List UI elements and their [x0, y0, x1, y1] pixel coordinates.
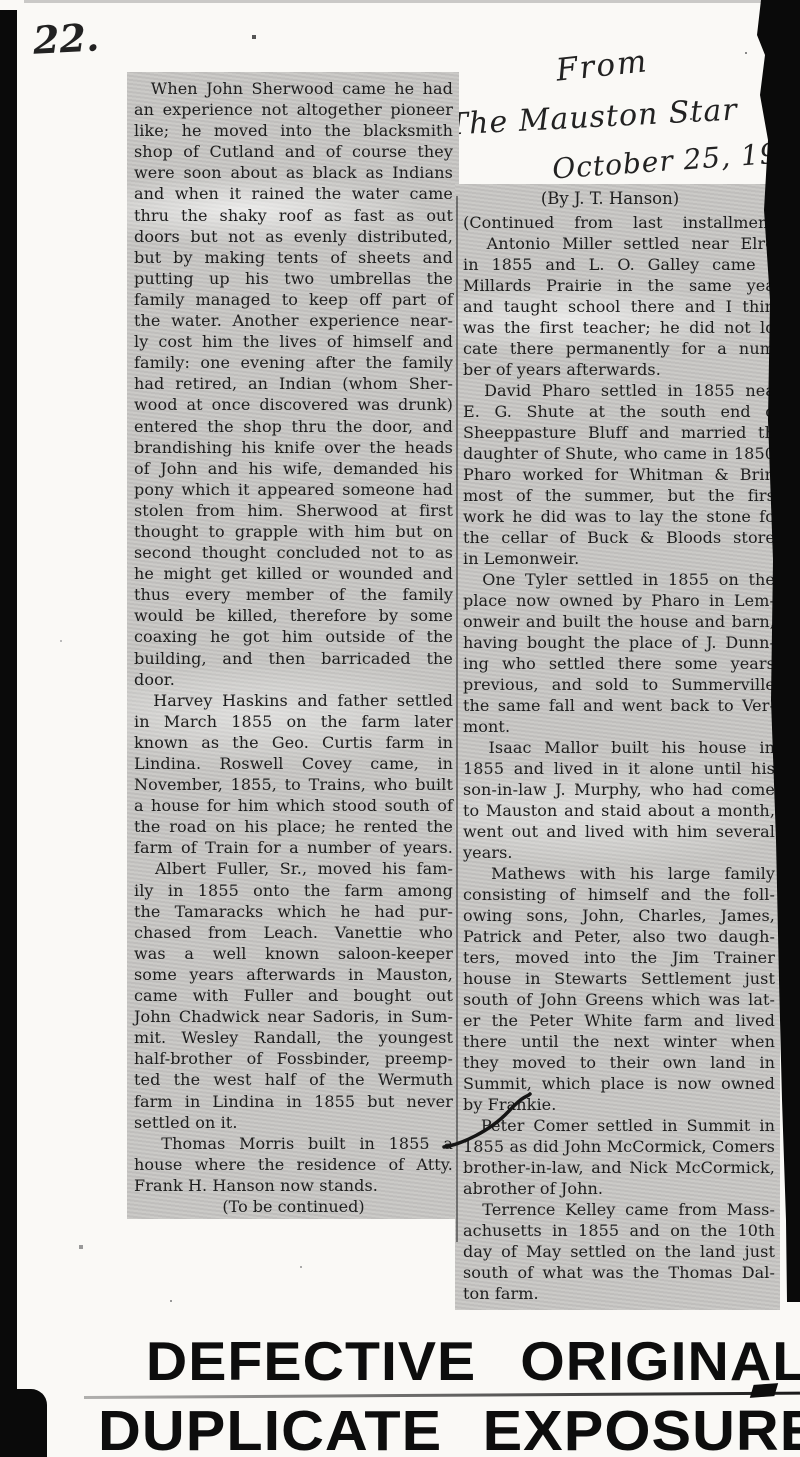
- newsprint-line: the Tamaracks which he had pur-: [134, 901, 453, 922]
- newsprint-line: was a well known saloon-keeper: [134, 943, 453, 964]
- newsprint-line: most of the summer, but the firs: [463, 485, 775, 506]
- newsprint-line: place now owned by Pharo in Lem-: [463, 590, 775, 611]
- newsprint-line: and taught school there and I thin: [463, 296, 775, 317]
- newsprint-line: second thought concluded not to as: [134, 542, 453, 563]
- newsprint-line: Pharo worked for Whitman & Brin: [463, 464, 775, 485]
- newsprint-line: had retired, an Indian (whom Sher-: [134, 373, 453, 394]
- newsprint-line: the road on his place; he rented the: [134, 816, 453, 837]
- newsprint-line: David Pharo settled in 1855 nea: [463, 380, 775, 401]
- newsprint-line: by Frankie.: [463, 1094, 775, 1115]
- handwritten-note-date: October 25, 192: [551, 135, 798, 185]
- newsprint-line: known as the Geo. Curtis farm in: [134, 732, 453, 753]
- newsprint-line: an experience not altogether pioneer: [134, 99, 453, 120]
- newsprint-line: day of May settled on the land just: [463, 1241, 775, 1262]
- newsprint-line: mont.: [463, 716, 775, 737]
- newsprint-line: ing who settled there some years: [463, 653, 775, 674]
- paper-speckles: [0, 0, 2, 2]
- newsprint-line: abrother of John.: [463, 1178, 775, 1199]
- newspaper-clipping-right-column: (By J. T. Hanson) (Continued from last i…: [455, 184, 780, 1310]
- handwritten-note-source: The Mauston Star: [447, 92, 738, 142]
- newsprint-line: would be killed, therefore by some: [134, 605, 453, 626]
- to-be-continued-note: (To be continued): [134, 1196, 453, 1217]
- newsprint-line: son-in-law J. Murphy, who had come: [463, 779, 775, 800]
- newsprint-line: in Lemonweir.: [463, 548, 775, 569]
- newsprint-line: he might get killed or wounded and: [134, 563, 453, 584]
- newsprint-line: in March 1855 on the farm later: [134, 711, 453, 732]
- newsprint-line: cate there permanently for a num: [463, 338, 775, 359]
- film-edge-bottom-left-blob: [0, 1389, 47, 1457]
- newsprint-line: of John and his wife, demanded his: [134, 458, 453, 479]
- newsprint-line: Summit, which place is now owned: [463, 1073, 775, 1094]
- scanned-scrapbook-page: 22. From The Mauston Star October 25, 19…: [0, 0, 800, 1457]
- newsprint-line: John Chadwick near Sadoris, in Sum-: [134, 1006, 453, 1027]
- newsprint-line: farm in Lindina in 1855 but never: [134, 1091, 453, 1112]
- newsprint-line: farm of Train for a number of years.: [134, 837, 453, 858]
- newsprint-line: house in Stewarts Settlement just: [463, 968, 775, 989]
- newsprint-line: Mathews with his large family: [463, 863, 775, 884]
- newsprint-line: thus every member of the family: [134, 584, 453, 605]
- newsprint-line: there until the next winter when: [463, 1031, 775, 1052]
- newsprint-line: ters, moved into the Jim Trainer: [463, 947, 775, 968]
- newsprint-line: the water. Another experience near-: [134, 310, 453, 331]
- newsprint-line: building, and then barricaded the: [134, 648, 453, 669]
- newsprint-line: but by making tents of sheets and: [134, 247, 453, 268]
- newsprint-line: Sheeppasture Bluff and married th: [463, 422, 775, 443]
- newsprint-line: (Continued from last installment: [463, 212, 775, 233]
- handwritten-page-number: 22.: [32, 14, 100, 62]
- newsprint-line: ly cost him the lives of himself and: [134, 331, 453, 352]
- newsprint-line: Albert Fuller, Sr., moved his fam-: [134, 858, 453, 879]
- newsprint-line: November, 1855, to Trains, who built: [134, 774, 453, 795]
- newsprint-line: in 1855 and L. O. Galley came t: [463, 254, 775, 275]
- newsprint-line: ber of years afterwards.: [463, 359, 775, 380]
- newsprint-line: coaxing he got him outside of the: [134, 626, 453, 647]
- article-byline: (By J. T. Hanson): [463, 188, 757, 210]
- stamp-duplicate-exposure: DUPLICATE EXPOSURE: [90, 1398, 800, 1457]
- newsprint-line: 1855 as did John McCormick, Comers: [463, 1136, 775, 1157]
- newsprint-line: settled on it.: [134, 1112, 453, 1133]
- newsprint-line: ily in 1855 onto the farm among: [134, 880, 453, 901]
- newsprint-line: brandishing his knife over the heads: [134, 437, 453, 458]
- newsprint-line: door.: [134, 669, 453, 690]
- newsprint-line: Peter Comer settled in Summit in: [463, 1115, 775, 1136]
- newsprint-line: pony which it appeared someone had: [134, 479, 453, 500]
- newsprint-line: er the Peter White farm and lived: [463, 1010, 775, 1031]
- newsprint-line: Lindina. Roswell Covey came, in: [134, 753, 453, 774]
- left-column-text: When John Sherwood came he hadan experie…: [134, 78, 453, 1196]
- newsprint-line: like; he moved into the blacksmith: [134, 120, 453, 141]
- right-column-text: (Continued from last installment Antonio…: [463, 212, 775, 1304]
- newsprint-line: south of what was the Thomas Dal-: [463, 1262, 775, 1283]
- newsprint-line: family managed to keep off part of: [134, 289, 453, 310]
- newsprint-line: they moved to their own land in: [463, 1052, 775, 1073]
- newsprint-line: One Tyler settled in 1855 on the: [463, 569, 775, 590]
- film-edge-left: [0, 10, 17, 1457]
- newsprint-line: the same fall and went back to Ver-: [463, 695, 775, 716]
- newsprint-line: brother-in-law, and Nick McCormick,: [463, 1157, 775, 1178]
- newsprint-line: entered the shop thru the door, and: [134, 416, 453, 437]
- newsprint-line: When John Sherwood came he had: [134, 78, 453, 99]
- newsprint-line: half-brother of Fossbinder, preemp-: [134, 1048, 453, 1069]
- newsprint-line: consisting of himself and the foll-: [463, 884, 775, 905]
- newsprint-line: a house for him which stood south of: [134, 795, 453, 816]
- newsprint-line: mit. Wesley Randall, the youngest: [134, 1027, 453, 1048]
- newsprint-line: years.: [463, 842, 775, 863]
- stamp-defective-original: DEFECTIVE ORIGINAL: [138, 1329, 800, 1393]
- newsprint-line: previous, and sold to Summerville: [463, 674, 775, 695]
- newsprint-line: Terrence Kelley came from Mass-: [463, 1199, 775, 1220]
- newsprint-line: Patrick and Peter, also two daugh-: [463, 926, 775, 947]
- newsprint-line: was the first teacher; he did not lo: [463, 317, 775, 338]
- newsprint-line: south of John Greens which was lat-: [463, 989, 775, 1010]
- newsprint-line: some years afterwards in Mauston,: [134, 964, 453, 985]
- newsprint-line: owing sons, John, Charles, James,: [463, 905, 775, 926]
- newsprint-line: thru the shaky roof as fast as out: [134, 205, 453, 226]
- newsprint-line: thought to grapple with him but on: [134, 521, 453, 542]
- newsprint-line: ted the west half of the Wermuth: [134, 1069, 453, 1090]
- newsprint-line: Antonio Miller settled near Elro: [463, 233, 775, 254]
- newsprint-line: putting up his two umbrellas the: [134, 268, 453, 289]
- newsprint-line: came with Fuller and bought out: [134, 985, 453, 1006]
- handwritten-note-from: From: [554, 43, 650, 88]
- newsprint-line: stolen from him. Sherwood at first: [134, 500, 453, 521]
- newsprint-line: shop of Cutland and of course they: [134, 141, 453, 162]
- newsprint-line: E. G. Shute at the south end o: [463, 401, 775, 422]
- newsprint-line: daughter of Shute, who came in 1850: [463, 443, 775, 464]
- newsprint-line: family: one evening after the family: [134, 352, 453, 373]
- newsprint-line: went out and lived with him several: [463, 821, 775, 842]
- newsprint-line: doors but not as evenly distributed,: [134, 226, 453, 247]
- newsprint-line: Harvey Haskins and father settled: [134, 690, 453, 711]
- newsprint-line: Frank H. Hanson now stands.: [134, 1175, 453, 1196]
- newsprint-line: 1855 and lived in it alone until his: [463, 758, 775, 779]
- newsprint-line: chased from Leach. Vanettie who: [134, 922, 453, 943]
- newsprint-line: onweir and built the house and barn,: [463, 611, 775, 632]
- newsprint-line: having bought the place of J. Dunn-: [463, 632, 775, 653]
- newsprint-line: to Mauston and staid about a month,: [463, 800, 775, 821]
- newsprint-line: achusetts in 1855 and on the 10th: [463, 1220, 775, 1241]
- newsprint-line: wood at once discovered was drunk): [134, 394, 453, 415]
- newsprint-line: and when it rained the water came: [134, 183, 453, 204]
- newsprint-line: ton farm.: [463, 1283, 775, 1304]
- newsprint-line: were soon about as black as Indians: [134, 162, 453, 183]
- newsprint-line: house where the residence of Atty.: [134, 1154, 453, 1175]
- scan-top-edge: [24, 0, 764, 3]
- printed-column-rule: [456, 196, 458, 1242]
- newsprint-line: Isaac Mallor built his house in: [463, 737, 775, 758]
- newsprint-line: the cellar of Buck & Bloods store: [463, 527, 775, 548]
- newsprint-line: Thomas Morris built in 1855 a: [134, 1133, 453, 1154]
- newspaper-clipping-left-column: When John Sherwood came he hadan experie…: [127, 72, 459, 1219]
- newsprint-line: Millards Prairie in the same yea: [463, 275, 775, 296]
- newsprint-line: work he did was to lay the stone fo: [463, 506, 775, 527]
